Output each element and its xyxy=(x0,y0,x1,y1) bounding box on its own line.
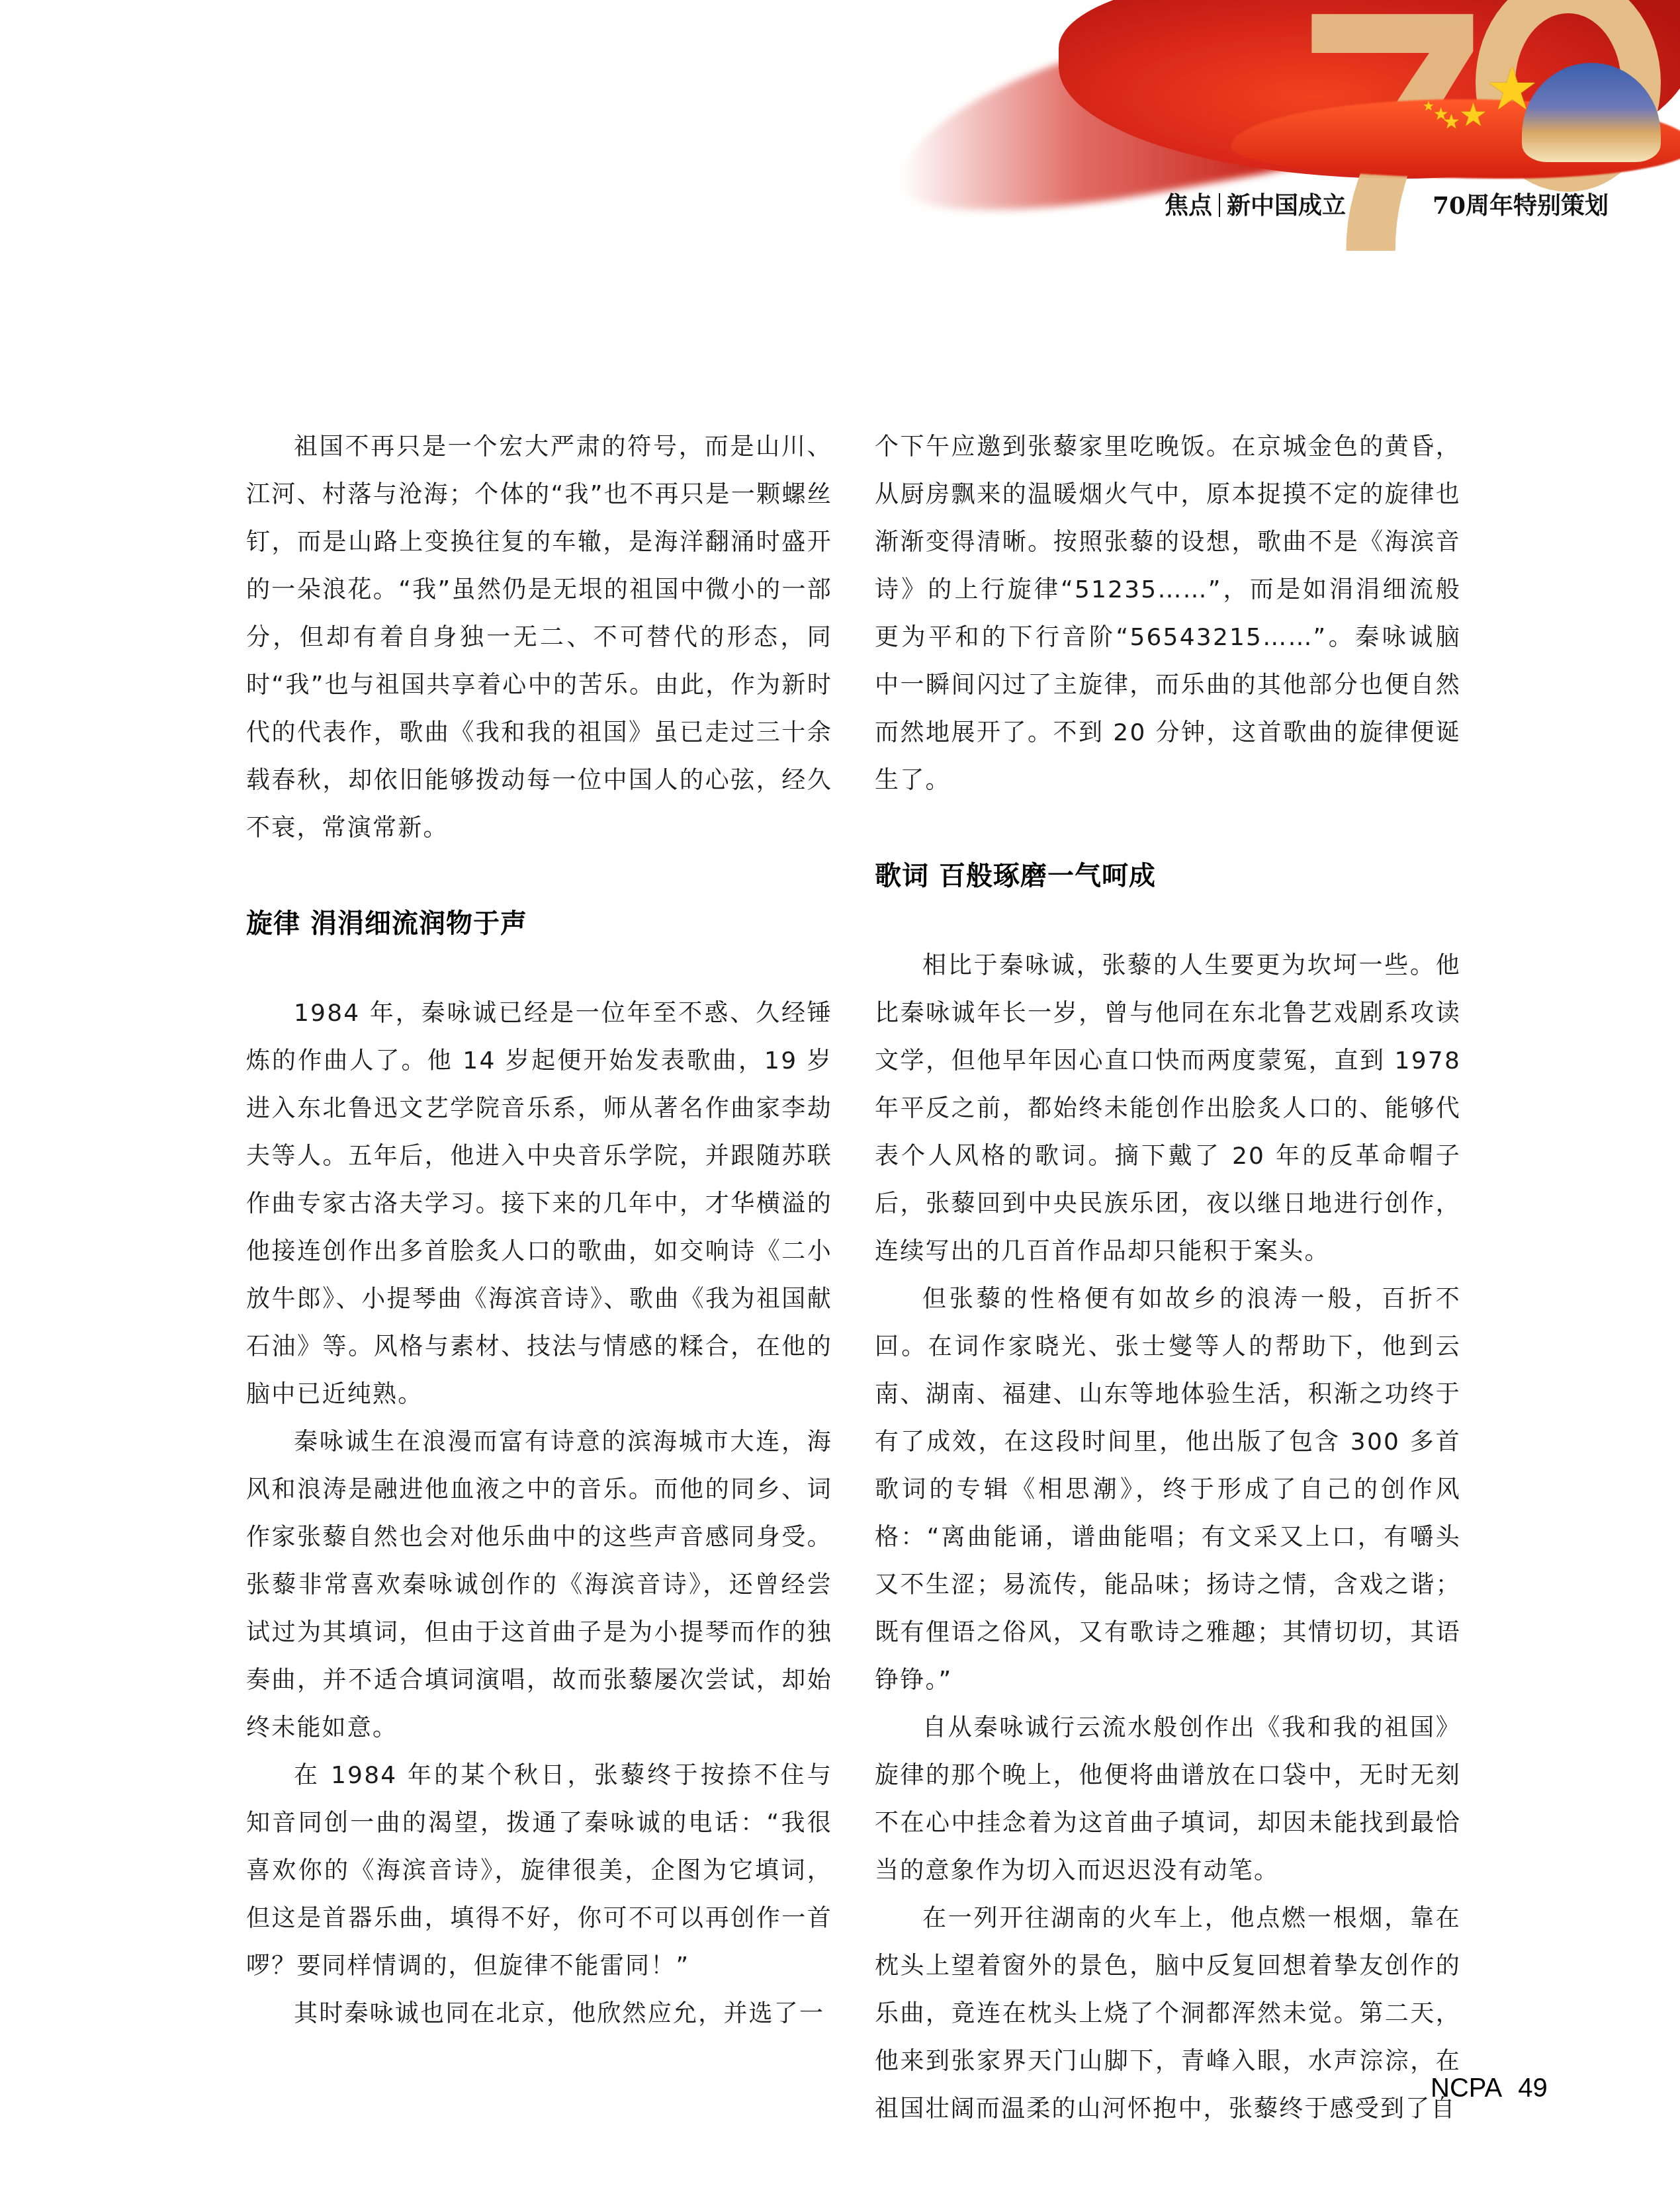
publication-name: NCPA xyxy=(1431,2074,1502,2103)
paragraph: 在一列开往湖南的火车上，他点燃一根烟，靠在枕头上望着窗外的景色，脑中反复回想着挚… xyxy=(875,1895,1461,2133)
paragraph: 在 1984 年的某个秋日，张藜终于按捺不住与知音同创一曲的渴望，拨通了秦咏诚的… xyxy=(246,1752,832,1990)
separator xyxy=(1219,193,1220,217)
paragraph: 1984 年，秦咏诚已经是一位年至不惑、久经锤炼的作曲人了。他 14 岁起便开始… xyxy=(246,990,832,1419)
left-column: 祖国不再只是一个宏大严肃的符号，而是山川、江河、村落与沧海；个体的“我”也不再只… xyxy=(246,423,832,2038)
page-number: 49 xyxy=(1518,2074,1548,2103)
star-icon: ★ xyxy=(1423,99,1435,112)
page-folio: NCPA49 xyxy=(1431,2074,1548,2103)
paragraph: 祖国不再只是一个宏大严肃的符号，而是山川、江河、村落与沧海；个体的“我”也不再只… xyxy=(246,423,832,852)
section-heading: 歌词 百般琢磨一气呵成 xyxy=(875,852,1461,900)
paragraph: 秦咏诚生在浪漫而富有诗意的滨海城市大连，海风和浪涛是融进他血液之中的音乐。而他的… xyxy=(246,1419,832,1752)
star-icon: ★ xyxy=(1433,106,1448,123)
paragraph: 但张藜的性格便有如故乡的浪涛一般，百折不回。在词作家晓光、张士燮等人的帮助下，他… xyxy=(875,1276,1461,1704)
paragraph: 其时秦咏诚也同在北京，他欣然应允，并选了一 xyxy=(246,1990,832,2038)
paragraph: 自从秦咏诚行云流水般创作出《我和我的祖国》旋律的那个晚上，他便将曲谱放在口袋中，… xyxy=(875,1704,1461,1895)
section-name: 焦点 xyxy=(1165,192,1212,220)
section-topic: 新中国成立 xyxy=(1227,192,1346,220)
star-icon: ★ xyxy=(1485,60,1539,119)
paragraph-continued: 个下午应邀到张藜家里吃晚饭。在京城金色的黄昏，从厨房飘来的温暖烟火气中，原本捉摸… xyxy=(875,423,1461,805)
section-heading: 旋律 涓涓细流润物于声 xyxy=(246,900,832,947)
right-column: 个下午应邀到张藜家里吃晚饭。在京城金色的黄昏，从厨房飘来的温暖烟火气中，原本捉摸… xyxy=(875,423,1461,2133)
section-label: 焦点新中国成立 xyxy=(1165,189,1346,222)
section-subtopic: 70周年特别策划 xyxy=(1433,189,1609,222)
header-banner: 7 ★ ★ ★ ★ ★ xyxy=(860,0,1680,265)
star-icon: ★ xyxy=(1459,99,1487,131)
paragraph: 相比于秦咏诚，张藜的人生要更为坎坷一些。他比秦咏诚年长一岁，曾与他同在东北鲁艺戏… xyxy=(875,942,1461,1276)
